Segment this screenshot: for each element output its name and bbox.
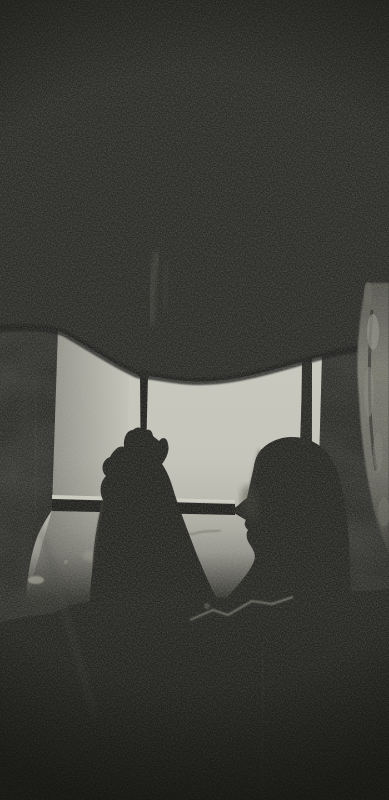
bottom-shading [0, 0, 389, 800]
vintage-photo: A dark interior scene. The upper half is… [0, 0, 389, 800]
photo-artifacts [0, 0, 389, 800]
photo-canvas [0, 0, 389, 800]
